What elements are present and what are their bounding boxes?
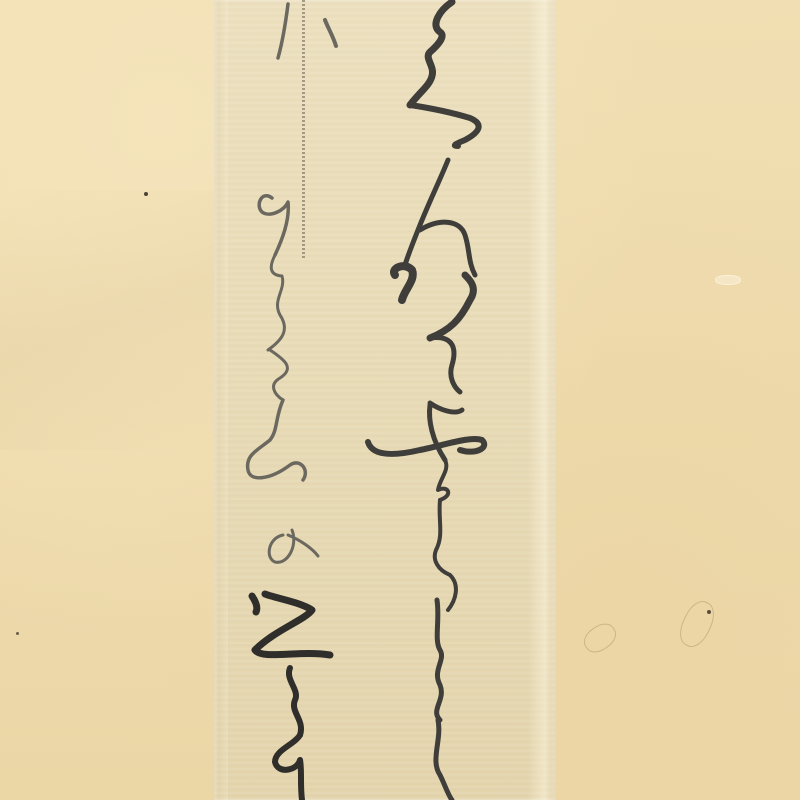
ink-speck bbox=[16, 632, 19, 635]
calligraphy-ink bbox=[0, 0, 800, 800]
ink-speck bbox=[144, 192, 148, 196]
paper-stain bbox=[715, 275, 741, 285]
left-column-bottom-character bbox=[252, 594, 330, 800]
left-column-calligraphy bbox=[248, 4, 336, 562]
right-column-calligraphy bbox=[368, 2, 484, 800]
